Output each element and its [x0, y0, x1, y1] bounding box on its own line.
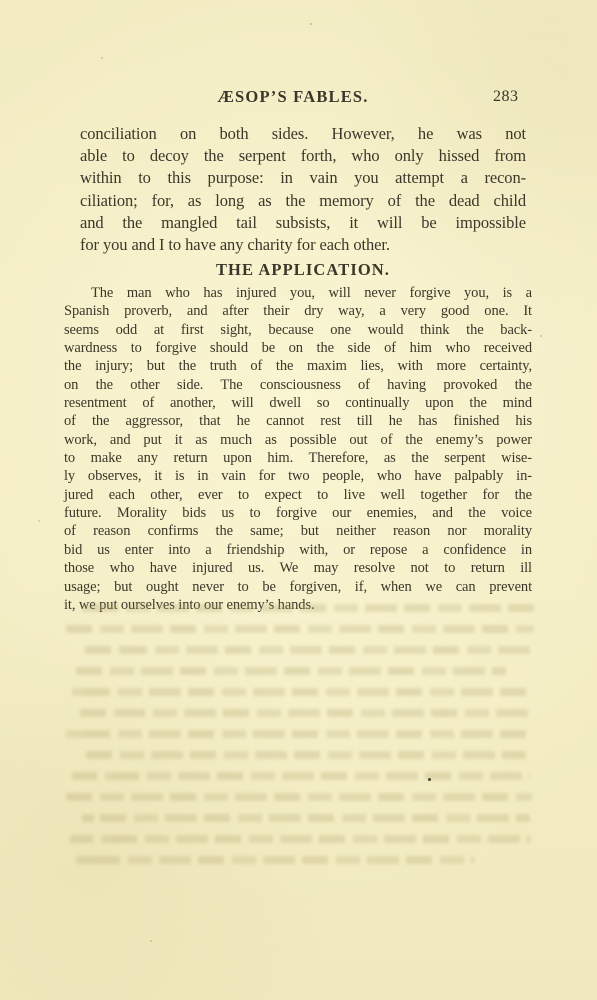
text-line: and the mangled tail subsists, it will b… — [80, 212, 526, 234]
paper-speck — [540, 335, 542, 337]
ink-speck — [428, 778, 431, 781]
text-line: of the aggressor, that he cannot rest ti… — [64, 412, 532, 430]
text-line: to make any return upon him. Therefore, … — [64, 449, 532, 467]
paper-speck — [310, 23, 312, 25]
paper-speck — [38, 520, 40, 522]
text-line: within to this purpose: in vain you atte… — [80, 167, 526, 189]
book-page: ÆSOP’S FABLES. 283 conciliation on both … — [0, 0, 597, 1000]
showthrough-line — [66, 625, 534, 633]
showthrough-line — [66, 688, 528, 696]
running-head: ÆSOP’S FABLES. — [58, 87, 528, 107]
text-line: resentment of another, will dwell so con… — [64, 394, 532, 412]
text-line: ly observes, it is in vain for two peopl… — [64, 467, 532, 485]
showthrough-line — [72, 772, 530, 780]
showthrough-line — [80, 646, 532, 654]
text-line: those who have injured us. We may resolv… — [64, 559, 532, 577]
text-line: the injury; but the truth of the maxim l… — [64, 357, 532, 375]
text-line: The man who has injured you, will never … — [64, 284, 532, 302]
showthrough-line — [66, 793, 532, 801]
showthrough-line — [82, 814, 530, 822]
application-paragraph: The man who has injured you, will never … — [64, 284, 532, 614]
text-line: ciliation; for, as long as the memory of… — [80, 190, 526, 212]
page-showthrough — [66, 604, 540, 877]
showthrough-line — [76, 667, 506, 675]
page-number: 283 — [493, 88, 519, 106]
showthrough-line — [76, 856, 474, 864]
text-line: usage; but ought never to be forgiven, i… — [64, 578, 532, 596]
showthrough-line — [70, 835, 530, 843]
text-line: wardness to forgive should be on the sid… — [64, 339, 532, 357]
text-line: of reason confirms the same; but neither… — [64, 522, 532, 540]
showthrough-line — [78, 709, 533, 717]
paragraph-continuation: conciliation on both sides. However, he … — [80, 123, 526, 256]
text-line: conciliation on both sides. However, he … — [80, 123, 526, 145]
text-line: work, and put it as much as possible out… — [64, 431, 532, 449]
text-line: able to decoy the serpent forth, who onl… — [80, 145, 526, 167]
showthrough-line — [66, 730, 534, 738]
text-line: Spanish proverb, and after their dry way… — [64, 302, 532, 320]
paper-speck — [101, 57, 103, 59]
text-line: for you and I to have any charity for ea… — [80, 234, 526, 256]
text-line: on the other side. The consciousness of … — [64, 376, 532, 394]
text-line: it, we put ourselves into our enemy’s ha… — [64, 596, 532, 614]
text-line: bid us enter into a friendship with, or … — [64, 541, 532, 559]
showthrough-line — [86, 751, 526, 759]
text-line: future. Morality bids us to forgive our … — [64, 504, 532, 522]
text-line: seems odd at first sight, because one wo… — [64, 321, 532, 339]
section-heading: THE APPLICATION. — [70, 260, 536, 280]
text-line: jured each other, ever to expect to live… — [64, 486, 532, 504]
paper-speck — [150, 940, 152, 942]
